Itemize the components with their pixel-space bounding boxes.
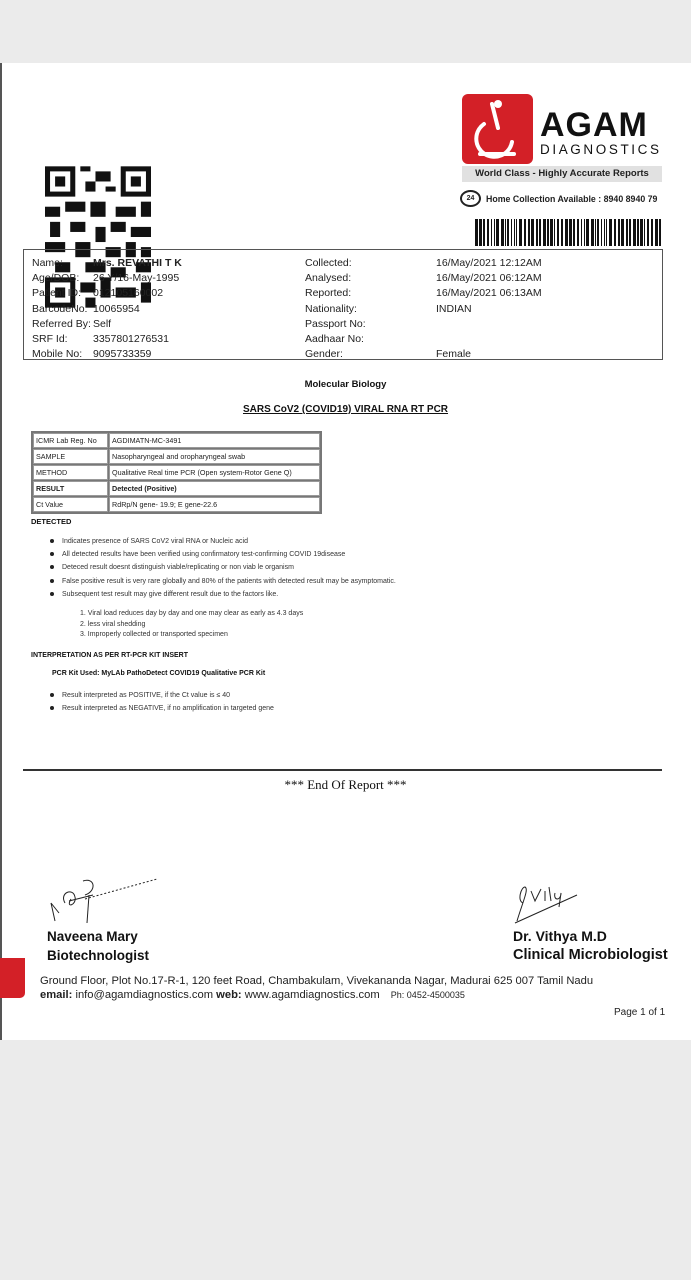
footer-address-block: Ground Floor, Plot No.17-R-1, 120 feet R… xyxy=(40,974,593,1002)
signatory-role: Biotechnologist xyxy=(47,946,149,965)
table-row: SAMPLENasopharyngeal and oropharyngeal s… xyxy=(33,449,320,464)
patient-field: Passport No: xyxy=(305,317,366,332)
patient-labels-right: Collected:Analysed:Reported:Nationality:… xyxy=(305,256,366,362)
patient-field: INDIAN xyxy=(436,302,542,317)
patient-field: Patient ID: xyxy=(32,286,91,301)
signatory-role: Clinical Microbiologist xyxy=(513,946,668,965)
table-value: AGDIMATN-MC-3491 xyxy=(109,433,320,448)
agam-logo-icon xyxy=(462,94,533,164)
factors-list: 1. Viral load reduces day by day and one… xyxy=(80,609,303,641)
list-item: Result interpreted as NEGATIVE, if no am… xyxy=(48,702,274,715)
web-label: web: xyxy=(216,989,241,1001)
email-link[interactable]: info@agamdiagnostics.com xyxy=(75,989,213,1001)
interpretation-points: Result interpreted as POSITIVE, if the C… xyxy=(48,689,274,715)
web-link[interactable]: www.agamdiagnostics.com xyxy=(245,989,380,1001)
test-info-table: ICMR Lab Reg. NoAGDIMATN-MC-3491SAMPLENa… xyxy=(31,431,322,514)
list-item: Indicates presence of SARS CoV2 viral RN… xyxy=(48,535,396,548)
patient-field: Aadhaar No: xyxy=(305,332,366,347)
detected-points: Indicates presence of SARS CoV2 viral RN… xyxy=(48,535,396,601)
patient-field: 16/May/2021 12:12AM xyxy=(436,256,542,271)
brand-tab xyxy=(0,958,25,998)
patient-field: Age/DOB: xyxy=(32,271,91,286)
table-key: RESULT xyxy=(33,481,108,496)
divider xyxy=(23,769,662,771)
patient-field: 3357801276531 xyxy=(93,332,182,347)
list-item: 1. Viral load reduces day by day and one… xyxy=(80,609,303,620)
patient-field: 012105160002 xyxy=(93,286,182,301)
table-value: Qualitative Real time PCR (Open system-R… xyxy=(109,465,320,480)
signatory-microbiologist: Dr. Vithya M.D Clinical Microbiologist xyxy=(513,927,668,965)
list-item: Deteced result doesnt distinguish viable… xyxy=(48,561,396,574)
signature-naveena-icon xyxy=(45,873,160,928)
signatory-biotechnologist: Naveena Mary Biotechnologist xyxy=(47,927,149,965)
patient-details: Name:Age/DOB:Patient ID:BarcodeNo:Referr… xyxy=(23,249,663,360)
table-row: METHODQualitative Real time PCR (Open sy… xyxy=(33,465,320,480)
patient-field: Mrs. REVATHI T K xyxy=(93,256,182,271)
patient-field: 26 Y/16-May-1995 xyxy=(93,271,182,286)
email-label: email: xyxy=(40,989,72,1001)
list-item: 2. less viral shedding xyxy=(80,620,303,631)
table-key: SAMPLE xyxy=(33,449,108,464)
barcode-icon xyxy=(475,219,661,246)
report-page: AGAM DIAGNOSTICS World Class - Highly Ac… xyxy=(0,63,691,1040)
home-collection: 24 Home Collection Available : 8940 8940… xyxy=(460,190,657,207)
list-item: False positive result is very rare globa… xyxy=(48,575,396,588)
patient-labels-left: Name:Age/DOB:Patient ID:BarcodeNo:Referr… xyxy=(32,256,91,362)
patient-field: Analysed: xyxy=(305,271,366,286)
list-item: Subsequent test result may give differen… xyxy=(48,588,396,601)
table-key: Ct Value xyxy=(33,497,108,512)
patient-field: 9095733359 xyxy=(93,347,182,362)
patient-field: Gender: xyxy=(305,347,366,362)
detected-heading: DETECTED xyxy=(31,517,71,526)
list-item: Result interpreted as POSITIVE, if the C… xyxy=(48,689,274,702)
list-item: 3. Improperly collected or transported s… xyxy=(80,630,303,641)
patient-values-left: Mrs. REVATHI T K26 Y/16-May-199501210516… xyxy=(93,256,182,362)
table-key: METHOD xyxy=(33,465,108,480)
patient-field: Referred By: xyxy=(32,317,91,332)
table-value: RdRp/N gene- 19.9; E gene-22.6 xyxy=(109,497,320,512)
patient-field: Collected: xyxy=(305,256,366,271)
patient-field: Self xyxy=(93,317,182,332)
signatory-name: Dr. Vithya M.D xyxy=(513,927,668,946)
patient-field: 16/May/2021 06:13AM xyxy=(436,286,542,301)
24x7-icon: 24 xyxy=(460,190,481,207)
patient-field: 10065954 xyxy=(93,302,182,317)
contact-line: email: info@agamdiagnostics.com web: www… xyxy=(40,988,593,1002)
table-row: RESULTDetected (Positive) xyxy=(33,481,320,496)
table-row: ICMR Lab Reg. NoAGDIMATN-MC-3491 xyxy=(33,433,320,448)
page-number: Page 1 of 1 xyxy=(614,1007,665,1018)
list-item: All detected results have been verified … xyxy=(48,548,396,561)
patient-field xyxy=(436,332,542,347)
end-of-report: *** End Of Report *** xyxy=(0,777,691,793)
signatory-name: Naveena Mary xyxy=(47,927,149,946)
kit-used: PCR Kit Used: MyLAb PathoDetect COVID19 … xyxy=(52,670,265,677)
interpretation-heading: INTERPRETATION AS PER RT-PCR KIT INSERT xyxy=(31,652,188,659)
patient-field: Mobile No: xyxy=(32,347,91,362)
department: Molecular Biology xyxy=(0,379,691,390)
home-collection-text: Home Collection Available : 8940 8940 79 xyxy=(486,194,657,204)
signature-vithya-icon xyxy=(505,881,585,926)
patient-field xyxy=(436,317,542,332)
table-value: Nasopharyngeal and oropharyngeal swab xyxy=(109,449,320,464)
patient-field: Name: xyxy=(32,256,91,271)
brand-name: AGAM xyxy=(540,108,648,142)
test-title: SARS CoV2 (COVID19) VIRAL RNA RT PCR xyxy=(0,404,691,415)
page-edge xyxy=(0,63,2,1040)
patient-field: Reported: xyxy=(305,286,366,301)
patient-field: SRF Id: xyxy=(32,332,91,347)
patient-values-right: 16/May/2021 12:12AM16/May/2021 06:12AM16… xyxy=(436,256,542,362)
patient-field: BarcodeNo: xyxy=(32,302,91,317)
patient-field: Female xyxy=(436,347,542,362)
patient-field: 16/May/2021 06:12AM xyxy=(436,271,542,286)
phone: Ph: 0452-4500035 xyxy=(391,990,465,1000)
address: Ground Floor, Plot No.17-R-1, 120 feet R… xyxy=(40,974,593,988)
patient-field: Nationality: xyxy=(305,302,366,317)
tagline: World Class - Highly Accurate Reports xyxy=(462,166,662,182)
table-value: Detected (Positive) xyxy=(109,481,320,496)
table-row: Ct Value RdRp/N gene- 19.9; E gene-22.6 xyxy=(33,497,320,512)
table-key: ICMR Lab Reg. No xyxy=(33,433,108,448)
brand-subtitle: DIAGNOSTICS xyxy=(540,142,662,157)
